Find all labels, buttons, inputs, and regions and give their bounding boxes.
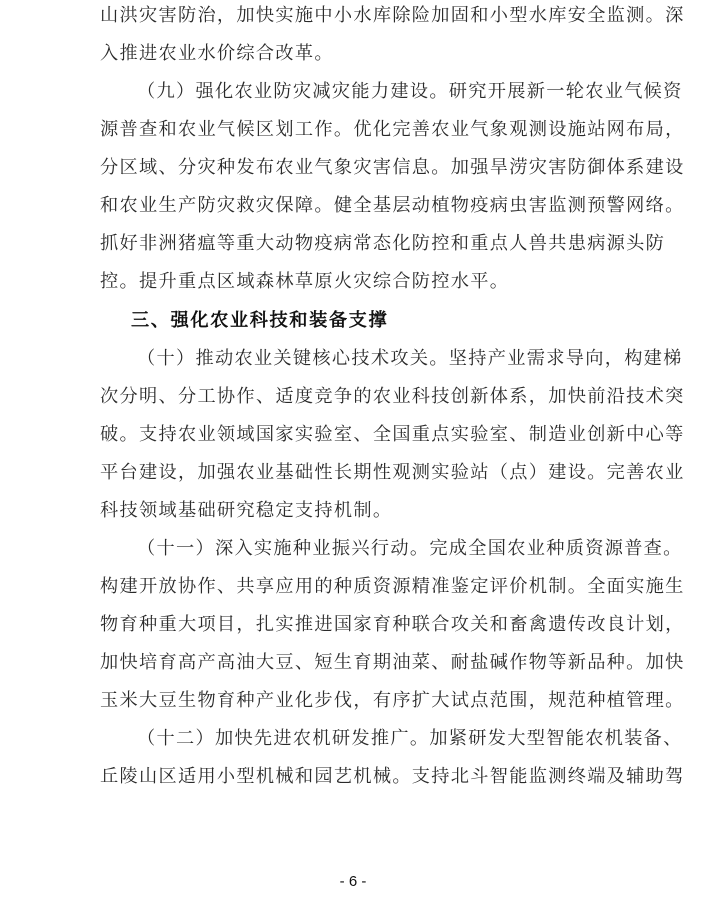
paragraph-first-line-section-9: （九）强化农业防灾减灾能力建设。研究开展新一轮农业气候资 [137, 80, 610, 104]
paragraph-first-line-section-12: （十二）加快先进农机研发推广。加紧研发大型智能农机装备、 [137, 727, 610, 751]
paragraph-line: 山洪灾害防治，加快实施中小水库除险加固和小型水库安全监测。深 [100, 4, 610, 28]
paragraph-line: 分区域、分灾种发布农业气象灾害信息。加强旱涝灾害防御体系建设 [100, 156, 610, 180]
paragraph-line: 源普查和农业气候区划工作。优化完善农业气象观测设施站网布局， [100, 118, 610, 142]
paragraph-line: 入推进农业水价综合改革。 [100, 42, 610, 66]
paragraph-line: 抓好非洲猪瘟等重大动物疫病常态化防控和重点人兽共患病源头防 [100, 232, 610, 256]
paragraph-line: 平台建设，加强农业基础性长期性观测实验站（点）建设。完善农业 [100, 461, 610, 485]
paragraph-line: 构建开放协作、共享应用的种质资源精准鉴定评价机制。全面实施生 [100, 575, 610, 599]
paragraph-line: 加快培育高产高油大豆、短生育期油菜、耐盐碱作物等新品种。加快 [100, 651, 610, 675]
paragraph-line: 次分明、分工协作、适度竞争的农业科技创新体系，加快前沿技术突 [100, 385, 610, 409]
paragraph-line: 玉米大豆生物育种产业化步伐，有序扩大试点范围，规范种植管理。 [100, 689, 610, 713]
section-heading: 三、强化农业科技和装备支撑 [131, 309, 641, 333]
paragraph-first-line-section-10: （十）推动农业关键核心技术攻关。坚持产业需求导向，构建梯 [137, 347, 610, 371]
paragraph-line: 破。支持农业领域国家实验室、全国重点实验室、制造业创新中心等 [100, 423, 610, 447]
paragraph-line: 物育种重大项目，扎实推进国家育种联合攻关和畜禽遗传改良计划， [100, 613, 610, 637]
paragraph-line: 和农业生产防灾救灾保障。健全基层动植物疫病虫害监测预警网络。 [100, 194, 610, 218]
paragraph-line: 科技领域基础研究稳定支持机制。 [100, 499, 610, 523]
document-page: 山洪灾害防治，加快实施中小水库除险加固和小型水库安全监测。深 入推进农业水价综合… [0, 0, 706, 897]
paragraph-first-line-section-11: （十一）深入实施种业振兴行动。完成全国农业种质资源普查。 [137, 537, 610, 561]
paragraph-line: 丘陵山区适用小型机械和园艺机械。支持北斗智能监测终端及辅助驾 [100, 765, 610, 789]
page-number: - 6 - [0, 873, 706, 891]
paragraph-line: 控。提升重点区域森林草原火灾综合防控水平。 [100, 270, 610, 294]
